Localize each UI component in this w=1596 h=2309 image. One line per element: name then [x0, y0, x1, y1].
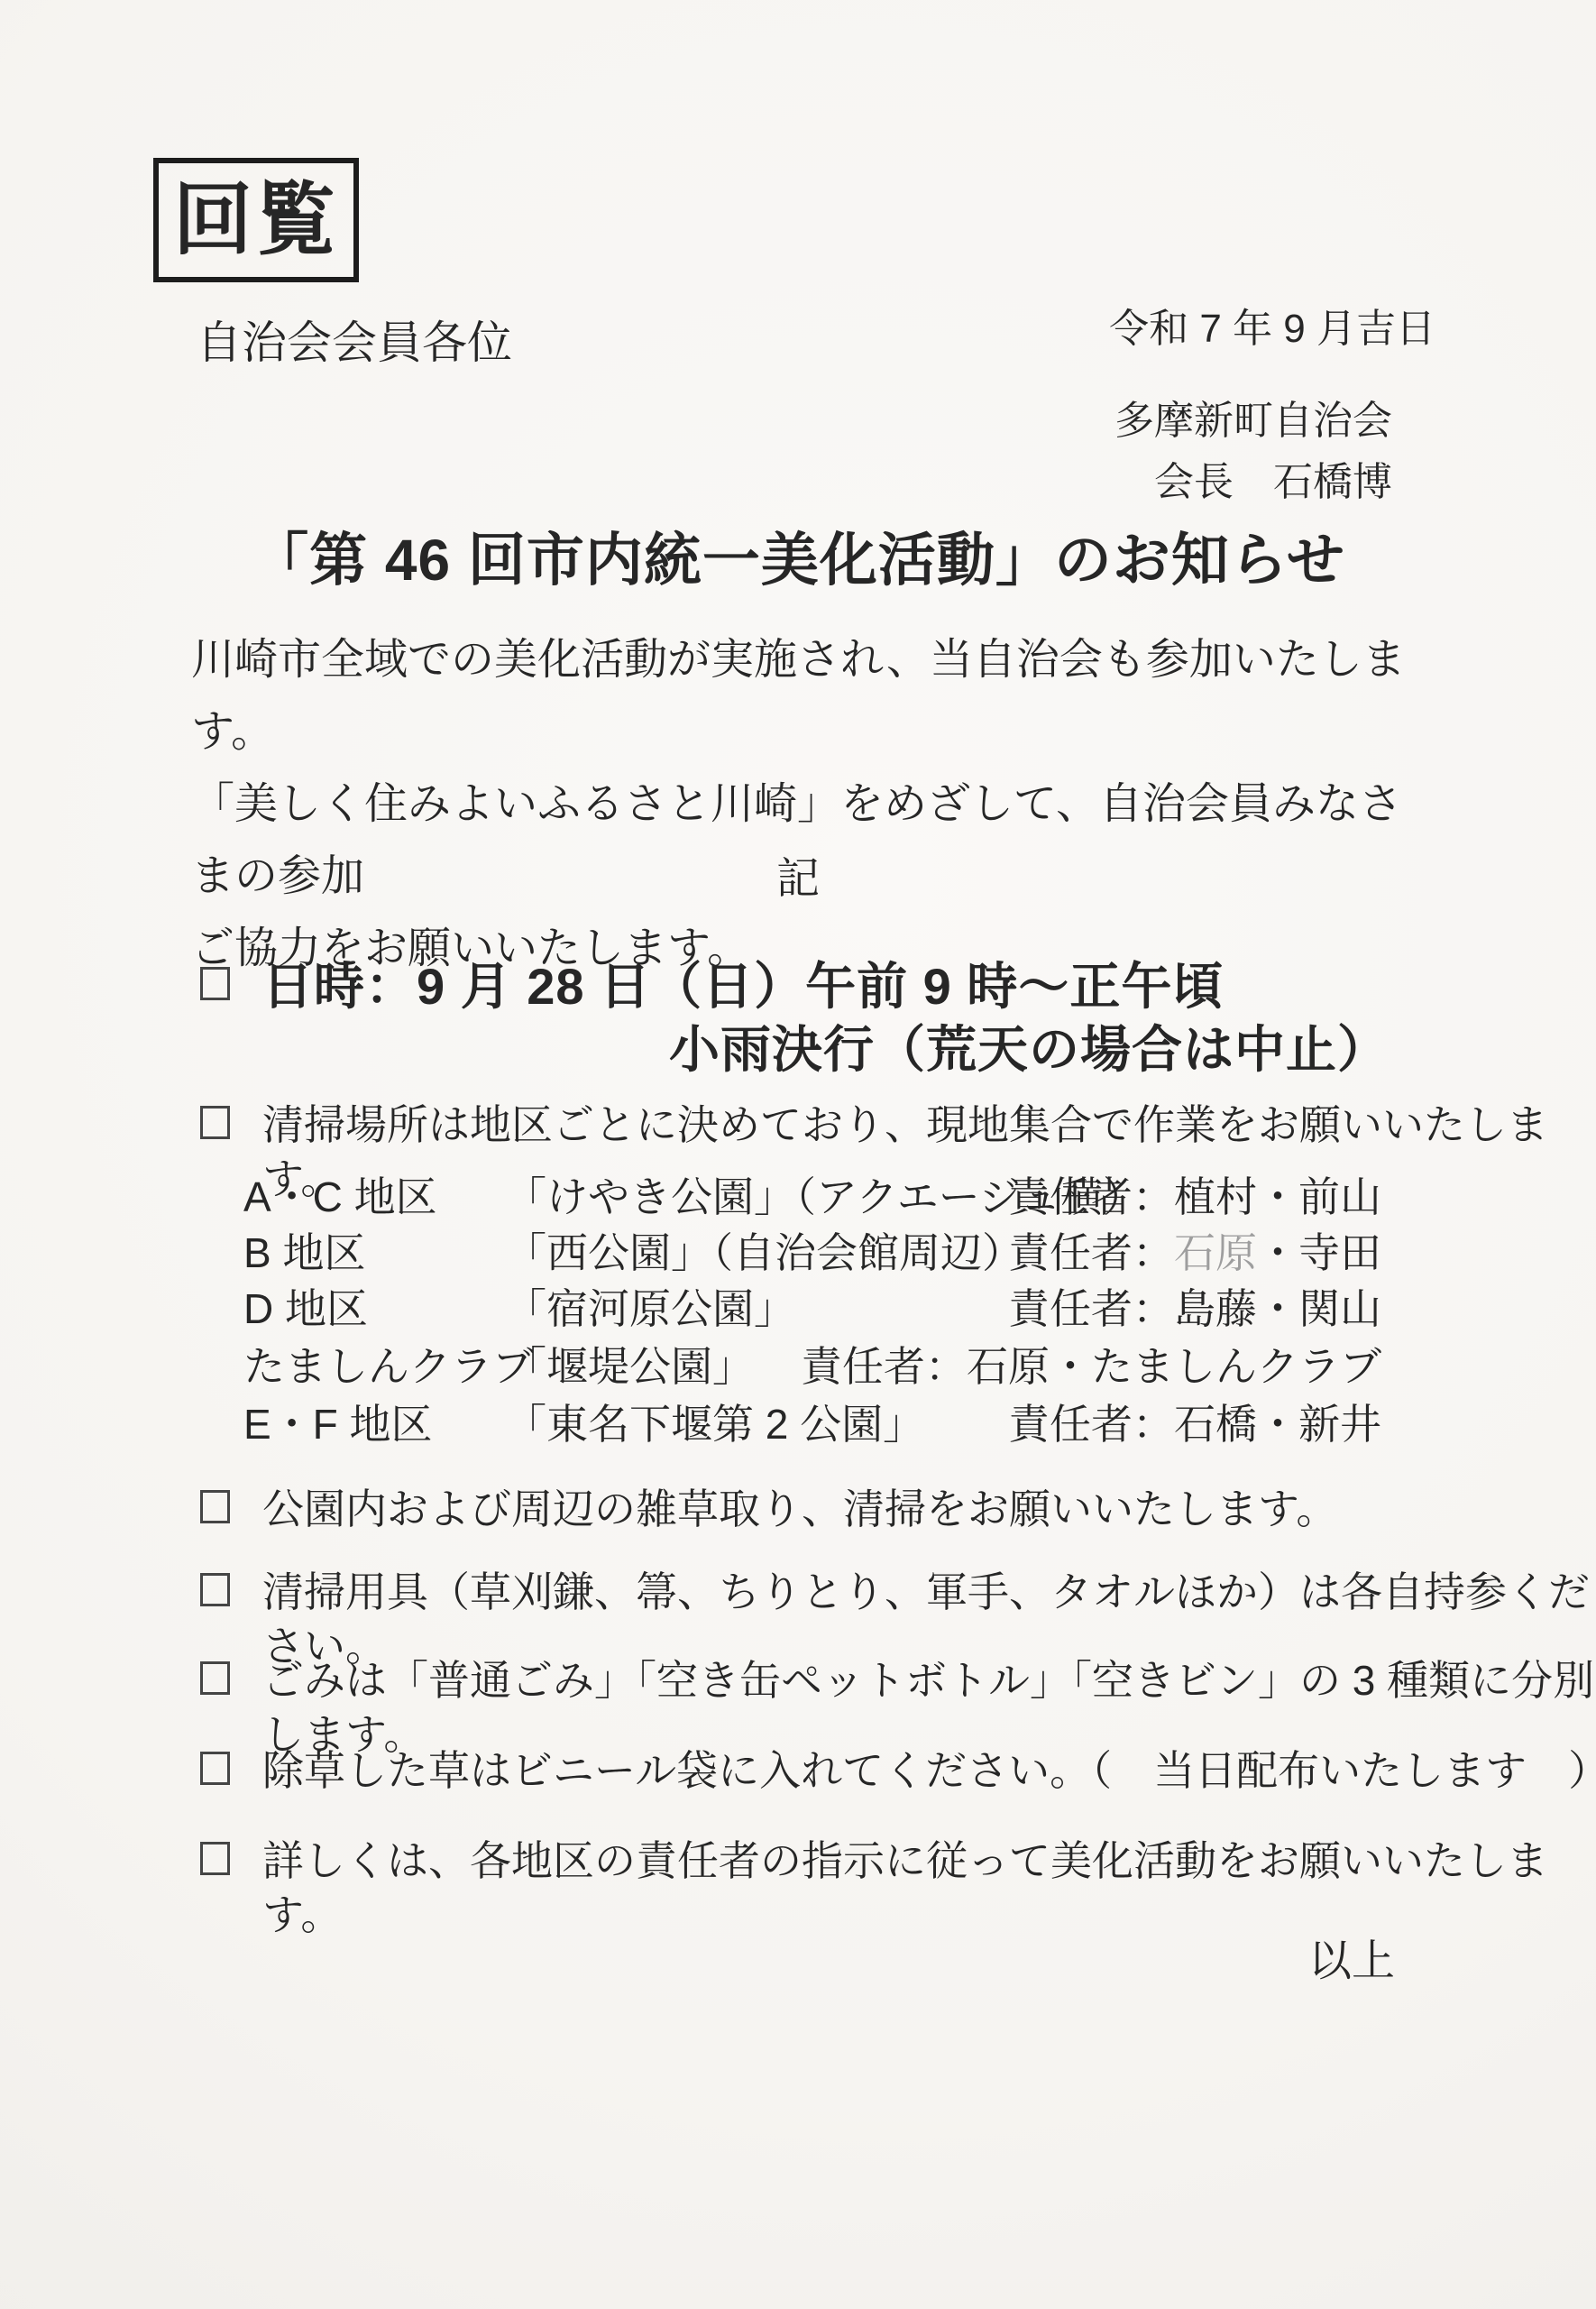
note-item-vinyl-bags: 除草した草はビニール袋に入れてください。（ 当日配布いたします ）	[200, 1744, 1596, 1798]
schedule-datetime: 日時：9 月 28 日（日）午前 9 時～正午頃	[262, 954, 1224, 1020]
district-name: たましんクラブ	[243, 1340, 534, 1394]
district-place: 「東名下堰第 2 公園」	[505, 1398, 924, 1452]
district-owner: 責任者：植村・前山	[1008, 1171, 1381, 1225]
district-owner: 責任者：島藤・関山	[1008, 1283, 1381, 1337]
checkbox-square-icon	[200, 1490, 230, 1523]
checkbox-square-icon	[200, 967, 230, 1000]
checkbox-square-icon	[200, 1752, 230, 1785]
district-row: A・C 地区 「けやき公園」（アクエージュ横） 責任者：植村・前山	[243, 1171, 1381, 1227]
association-name: 多摩新町自治会	[1114, 395, 1392, 446]
district-row: D 地区 「宿河原公園」 責任者：島藤・関山	[243, 1283, 1381, 1338]
district-row: B 地区 「西公園」（自治会館周辺） 責任者：石原・寺田	[243, 1227, 1381, 1283]
checkbox-square-icon	[200, 1842, 230, 1875]
district-place: 「堰堤公園」	[505, 1340, 754, 1394]
district-place: 「宿河原公園」	[505, 1283, 795, 1337]
district-row: E・F 地区 「東名下堰第 2 公園」 責任者：石橋・新井	[243, 1398, 1381, 1454]
district-name: E・F 地区	[243, 1398, 433, 1452]
note-item-weeding: 公園内および周辺の雑草取り、清掃をお願いいたします。	[200, 1483, 1337, 1537]
checkbox-square-icon	[200, 1573, 230, 1606]
district-owner: 責任者：石原・寺田	[1008, 1227, 1381, 1281]
district-name: A・C 地区	[243, 1171, 437, 1225]
district-owner: 責任者：石橋・新井	[1008, 1398, 1381, 1452]
closing-ijou: 以上	[1308, 1934, 1395, 1990]
kairan-stamp-label: 回覧	[173, 180, 339, 260]
district-row: たましんクラブ 「堰堤公園」 責任者：石原・たましんクラブ	[243, 1340, 1381, 1396]
recipient-line: 自治会会員各位	[197, 314, 512, 373]
kairan-circulation-stamp-box: 回覧	[153, 158, 359, 282]
district-owner: 責任者：石原・たましんクラブ	[801, 1340, 1381, 1394]
faded-name: 石原	[1174, 1229, 1257, 1276]
issue-date: 令和 7 年 9 月吉日	[1109, 303, 1435, 354]
intro-line: 川崎市全域での美化活動が実施され、当自治会も参加いたします。	[191, 624, 1435, 768]
district-name: B 地区	[243, 1227, 365, 1281]
chairman-name: 会長 石橋博	[1154, 456, 1392, 508]
intro-paragraph: 川崎市全域での美化活動が実施され、当自治会も参加いたします。 「美しく住みよいふ…	[191, 624, 1435, 985]
district-place: 「西公園」（自治会館周辺）	[505, 1227, 1023, 1281]
checkbox-square-icon	[200, 1106, 230, 1139]
note-item-follow-instructions: 詳しくは、各地区の責任者の指示に従って美化活動をお願いいたします。	[200, 1835, 1596, 1943]
notice-title: 「第 46 回市内統一美化活動」のお知らせ	[0, 523, 1596, 598]
record-marker: 記	[0, 851, 1596, 907]
schedule-item: 日時：9 月 28 日（日）午前 9 時～正午頃	[200, 954, 1224, 1020]
district-name: D 地区	[243, 1283, 368, 1337]
schedule-rain-policy: 小雨決行（荒天の場合は中止）	[669, 1017, 1389, 1083]
checkbox-square-icon	[200, 1661, 230, 1695]
scanned-notice-page: 回覧 自治会会員各位 令和 7 年 9 月吉日 多摩新町自治会 会長 石橋博 「…	[0, 0, 1596, 2309]
